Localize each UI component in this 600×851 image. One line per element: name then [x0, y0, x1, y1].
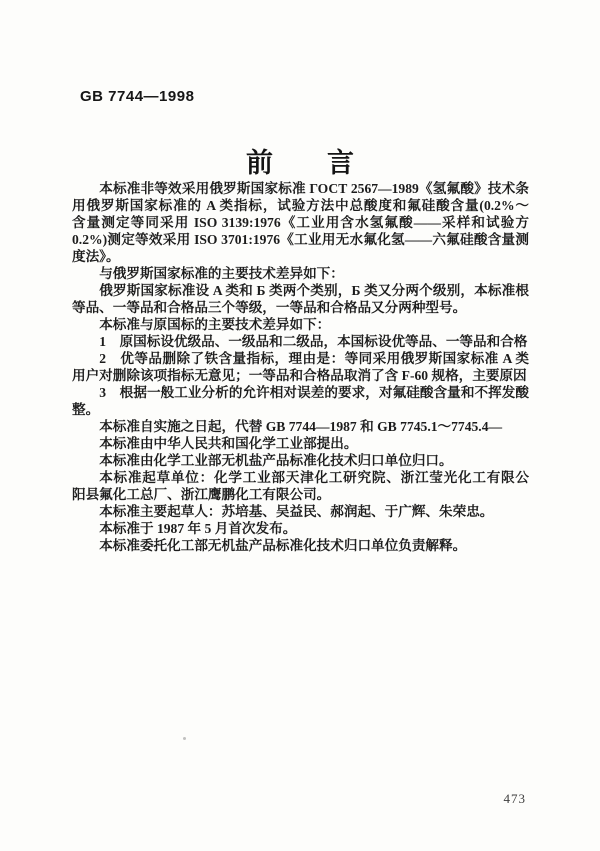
body-line: 本标准由中华人民共和国化学工业部提出。: [72, 435, 529, 452]
body-line: 本标准与原国标的主要技术差异如下：: [72, 316, 529, 333]
body-line: 本标准于 1987 年 5 月首次发布。: [72, 520, 529, 537]
foreword-body: 本标准非等效采用俄罗斯国家标准 ГОСТ 2567—1989《氢氟酸》技术条件，…: [72, 180, 529, 554]
body-line: 本标准自实施之日起，代替 GB 7744—1987 和 GB 7745.1～77…: [72, 418, 529, 435]
body-line: 3 根据一般工业分析的允许相对误差的要求，对氟硅酸含量和不挥发酸含量的允许差做了…: [72, 384, 529, 401]
standard-code: GB 7744—1998: [80, 88, 194, 105]
body-line: 本标准非等效采用俄罗斯国家标准 ГОСТ 2567—1989《氢氟酸》技术条件，…: [72, 180, 529, 197]
body-line: 用俄罗斯国家标准的 A 类指标，试验方法中总酸度和氟硅酸含量(0.2%～10%)…: [72, 197, 529, 214]
body-line: 1 原国标设优级品、一级品和二级品，本国标设优等品、一等品和合格品。: [72, 333, 529, 350]
body-line: 阳县氟化工总厂、浙江鹰鹏化工有限公司。: [72, 486, 529, 503]
page-title: 前 言: [0, 141, 600, 180]
body-line: 0.2%)测定等效采用 ISO 3701:1976《工业用无水氟化氢——六氟硅酸…: [72, 231, 529, 248]
body-line: 2 优等品删除了铁含量指标，理由是：等同采用俄罗斯国家标准 A 类技术指标；国内…: [72, 350, 529, 367]
body-line: 含量测定等同采用 ISO 3139:1976《工业用含水氢氟酸——采样和试验方法…: [72, 214, 529, 231]
body-line: 度法》。: [72, 248, 529, 265]
page-number: 473: [504, 791, 527, 807]
body-line: 与俄罗斯国家标准的主要技术差异如下：: [72, 265, 529, 282]
scan-speck: [183, 737, 186, 740]
body-line: 等品、一等品和合格品三个等级，一等品和合格品又分两种型号。: [72, 299, 529, 316]
body-line: 整。: [72, 401, 529, 418]
body-line: 本标准由化学工业部无机盐产品标准化技术归口单位归口。: [72, 452, 529, 469]
document-page: GB 7744—1998 前 言 本标准非等效采用俄罗斯国家标准 ГОСТ 25…: [0, 0, 600, 851]
body-line: 用户对删除该项指标无意见；一等品和合格品取消了含 F-60 规格，主要原因是考虑…: [72, 367, 529, 384]
body-line: 俄罗斯国家标准设 A 类和 Б 类两个类别，Б 类又分两个级别，本标准根据生产实…: [72, 282, 529, 299]
body-line: 本标准主要起草人：苏培基、吴益民、郝润起、于广辉、朱荣忠。: [72, 503, 529, 520]
body-line: 本标准起草单位：化学工业部天津化工研究院、浙江莹光化工有限公司、包头第一化工厂、…: [72, 469, 529, 486]
body-line: 本标准委托化工部无机盐产品标准化技术归口单位负责解释。: [72, 537, 529, 554]
